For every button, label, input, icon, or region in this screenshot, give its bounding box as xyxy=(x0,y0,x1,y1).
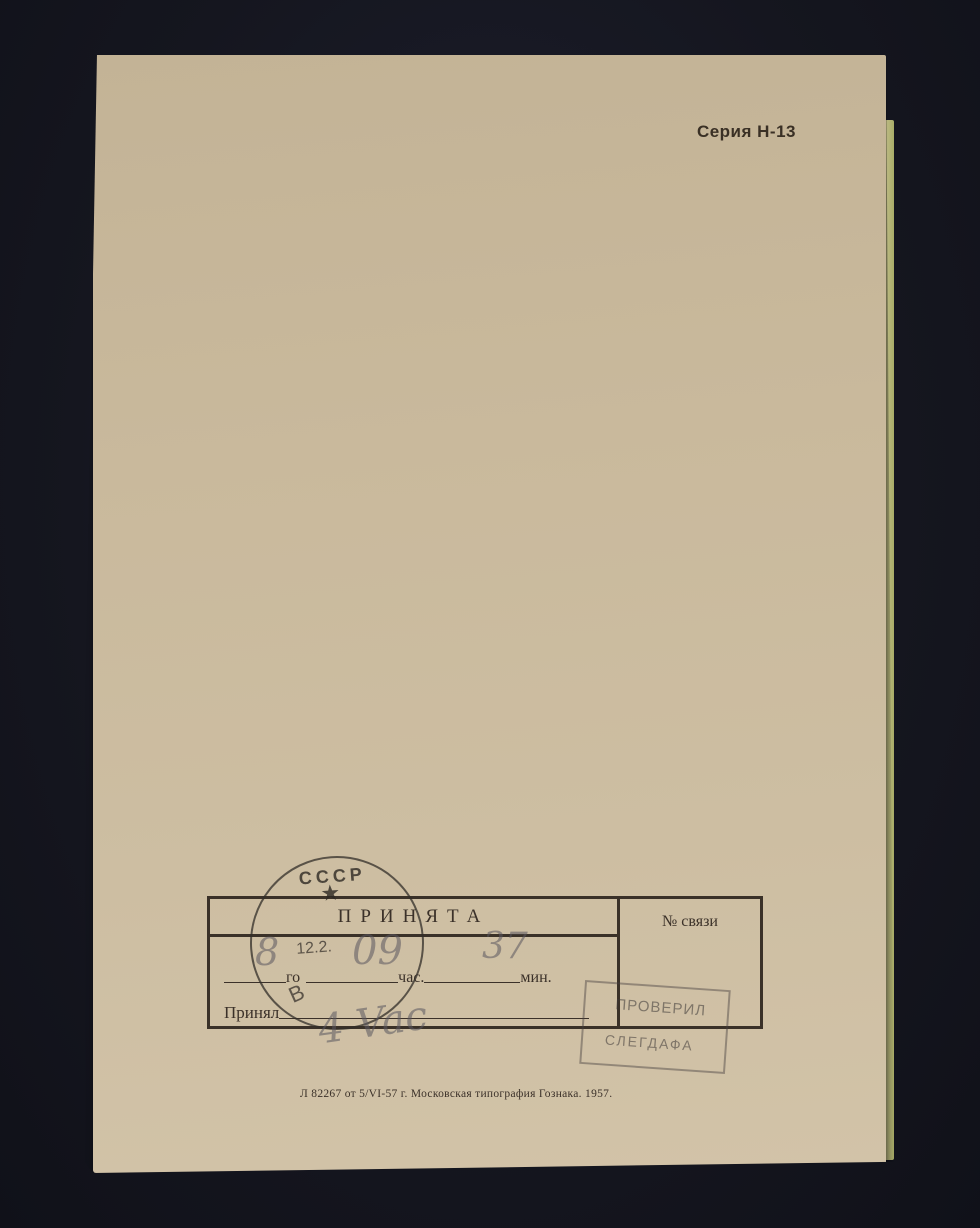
minute-field[interactable] xyxy=(424,981,520,983)
checked-stamp-line2: СЛЕГДАФА xyxy=(604,1032,694,1054)
checked-stamp: ПРОВЕРИЛ СЛЕГДАФА xyxy=(579,980,731,1074)
stamp-date: 12.2. xyxy=(296,938,333,958)
printer-imprint: Л 82267 от 5/VI-57 г. Московская типогра… xyxy=(300,1088,700,1100)
checked-stamp-line1: ПРОВЕРИЛ xyxy=(615,996,707,1019)
handwritten-minute: 37 xyxy=(482,926,528,967)
minute-label: мин. xyxy=(520,969,551,987)
handwritten-day: 8 xyxy=(255,930,279,974)
star-icon: ★ xyxy=(320,880,341,907)
comm-number-label: № связи xyxy=(620,913,760,931)
accepted-by-label: Принял xyxy=(224,1003,279,1023)
stamp-letter: В xyxy=(285,979,309,1009)
handwritten-hour: 09 xyxy=(352,928,403,974)
series-label: Серия Н-13 xyxy=(697,122,796,142)
